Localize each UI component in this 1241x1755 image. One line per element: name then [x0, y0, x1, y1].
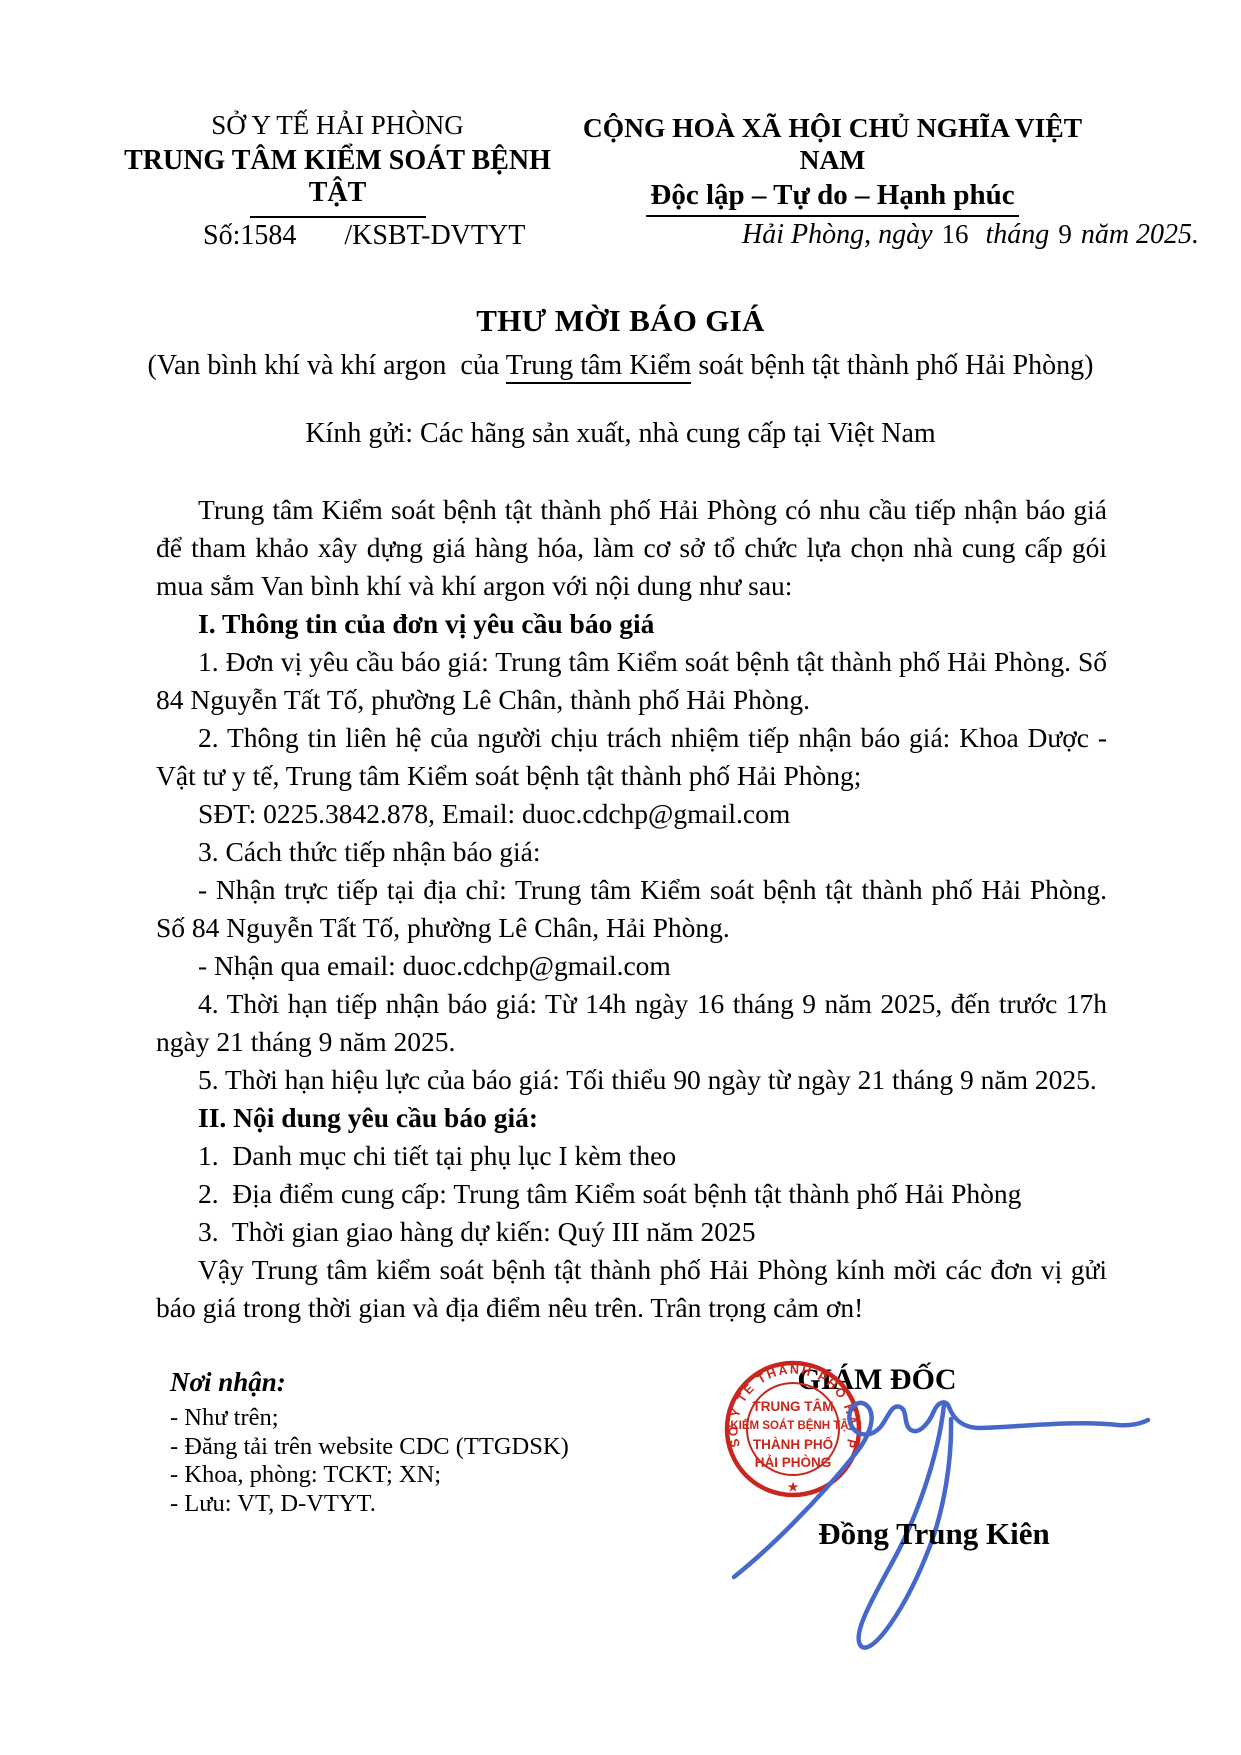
place-date-line: Hải Phòng, ngày 16 tháng 9 năm 2025. [742, 219, 1199, 251]
document-body: Trung tâm Kiểm soát bệnh tật thành phố H… [156, 491, 1107, 1327]
body-paragraph: 5. Thời hạn hiệu lực của báo giá: Tối th… [156, 1061, 1107, 1099]
body-paragraph: - Nhận qua email: duoc.cdchp@gmail.com [156, 947, 1107, 985]
seal-center-line4: HẢI PHÒNG [755, 1455, 832, 1470]
salutation-line: Kính gửi: Các hãng sản xuất, nhà cung cấ… [0, 416, 1241, 452]
issuing-org-block: SỞ Y TẾ HẢI PHÒNG TRUNG TÂM KIỂM SOÁT BỆ… [95, 110, 580, 218]
seal-center-line3: THÀNH PHỐ [753, 1437, 833, 1452]
document-number: Số:1584 [203, 220, 296, 251]
document-subtitle: (Van bình khí và khí argon của Trung tâm… [0, 348, 1241, 384]
body-paragraph: Trung tâm Kiểm soát bệnh tật thành phố H… [156, 491, 1107, 605]
date-suffix: năm 2025. [1081, 219, 1199, 250]
body-paragraph: 2. Thông tin liên hệ của người chịu trác… [156, 719, 1107, 795]
body-list-item: 3. Thời gian giao hàng dự kiến: Quý III … [156, 1213, 1107, 1251]
closing-paragraph: Vậy Trung tâm kiểm soát bệnh tật thành p… [156, 1251, 1107, 1327]
subtitle-prefix: (Van bình khí và khí argon của [148, 350, 506, 381]
body-paragraph: 4. Thời hạn tiếp nhận báo giá: Từ 14h ng… [156, 985, 1107, 1061]
org-underline-rule [250, 216, 426, 218]
body-paragraph: - Nhận trực tiếp tại địa chỉ: Trung tâm … [156, 871, 1107, 947]
date-day: 16 [942, 219, 969, 249]
official-seal: SỞ Y TẾ THÀNH PHỐ HẢI PHÒNG TRUNG TÂM KI… [660, 1346, 861, 1495]
document-page: SỞ Y TẾ HẢI PHÒNG TRUNG TÂM KIỂM SOÁT BỆ… [0, 0, 1241, 1755]
body-paragraph: 1. Đơn vị yêu cầu báo giá: Trung tâm Kiể… [156, 643, 1107, 719]
signer-name: Đồng Trung Kiên [764, 1516, 1104, 1552]
recipient-item: - Như trên; [170, 1404, 569, 1433]
org-name: TRUNG TÂM KIỂM SOÁT BỆNH TẬT [95, 145, 580, 209]
subtitle-underlined-part: Trung tâm Kiểm [506, 350, 692, 384]
document-number-line: Số:1584/KSBT-DVTYT [203, 220, 525, 252]
body-list-item: 2. Địa điểm cung cấp: Trung tâm Kiểm soá… [156, 1175, 1107, 1213]
document-symbol: /KSBT-DVTYT [344, 220, 525, 251]
date-mid: tháng [986, 219, 1050, 250]
body-paragraph: 3. Cách thức tiếp nhận báo giá: [156, 833, 1107, 871]
body-list-item: 1. Danh mục chi tiết tại phụ lục I kèm t… [156, 1137, 1107, 1175]
recipient-item: - Lưu: VT, D-VTYT. [170, 1490, 569, 1519]
section-heading-1: I. Thông tin của đơn vị yêu cầu báo giá [156, 605, 1107, 643]
recipient-item: - Đăng tải trên website CDC (TTGDSK) [170, 1433, 569, 1462]
seal-star-icon: ★ [788, 1480, 799, 1494]
body-paragraph: SĐT: 0225.3842.878, Email: duoc.cdchp@gm… [156, 795, 1107, 833]
date-prefix: Hải Phòng, ngày [742, 219, 933, 250]
seal-center-line2: KIỂM SOÁT BỆNH TẬT [730, 1419, 855, 1432]
seal-center-line1: TRUNG TÂM [753, 1399, 834, 1414]
parent-org-name: SỞ Y TẾ HẢI PHÒNG [95, 110, 580, 141]
document-footer: Nơi nhận: - Như trên; - Đăng tải trên we… [0, 1361, 1241, 1711]
signature-block: GIÁM ĐỐC SỞ Y TẾ THÀNH PHỐ HẢI PHÒNG TRU… [620, 1361, 1241, 1711]
national-motto-block: CỘNG HOÀ XÃ HỘI CHỦ NGHĨA VIỆT NAM Độc l… [560, 112, 1105, 217]
national-motto: Độc lập – Tự do – Hạnh phúc [646, 179, 1018, 217]
recipients-block: Nơi nhận: - Như trên; - Đăng tải trên we… [170, 1367, 569, 1518]
seal-and-signature-graphic: SỞ Y TẾ THÀNH PHỐ HẢI PHÒNG TRUNG TÂM KI… [660, 1346, 1240, 1676]
recipient-item: - Khoa, phòng: TCKT; XN; [170, 1461, 569, 1490]
date-month: 9 [1058, 219, 1072, 249]
recipients-label: Nơi nhận: [170, 1367, 569, 1398]
section-heading-2: II. Nội dung yêu cầu báo giá: [156, 1099, 1107, 1137]
subtitle-suffix: soát bệnh tật thành phố Hải Phòng) [691, 350, 1093, 381]
national-title: CỘNG HOÀ XÃ HỘI CHỦ NGHĨA VIỆT NAM [560, 112, 1105, 176]
